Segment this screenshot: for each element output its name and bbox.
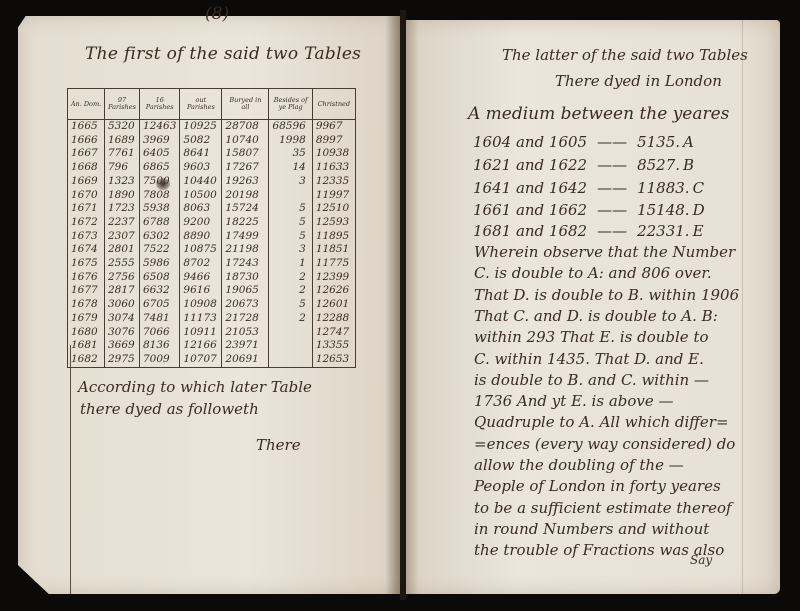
- cell-christened: 12626: [312, 284, 355, 298]
- left-margin-rule: [70, 345, 71, 594]
- body-line: the trouble of Fractions was also: [474, 541, 724, 559]
- table-row: 167222376788920018225512593: [68, 216, 356, 230]
- cell-buried: 17267: [222, 161, 269, 175]
- medium-years: 1661 and 1662: [473, 201, 587, 219]
- cell-16-parishes: 8136: [140, 339, 180, 353]
- header-year: An. Dom.: [68, 89, 105, 120]
- cell-buried: 18730: [222, 271, 269, 285]
- table-row: 167018907808105002019811997: [68, 189, 356, 203]
- table-row: 167728176632961619065212626: [68, 284, 356, 298]
- cell-out-parishes: 10440: [180, 175, 222, 189]
- medium-dash: ——: [597, 156, 627, 174]
- cell-buried: 15724: [222, 202, 269, 216]
- cell-christened: 11895: [312, 230, 355, 244]
- cell-97-parishes: 3076: [105, 326, 140, 340]
- medium-label: A: [683, 133, 694, 151]
- cell-97-parishes: 1890: [105, 189, 140, 203]
- medium-heading: A medium between the yeares: [468, 104, 729, 124]
- medium-dash: ——: [597, 133, 627, 151]
- table-header-row: An. Dom. 97 Parishes 16 Parishes out Par…: [68, 89, 356, 120]
- cell-plague: 14: [269, 161, 312, 175]
- right-page-title-line-1: The latter of the said two Tables: [502, 46, 748, 64]
- medium-row: 1604 and 1605——5135.A: [473, 133, 697, 151]
- cell-out-parishes: 9603: [180, 161, 222, 175]
- cell-christened: 12593: [312, 216, 355, 230]
- table-row: 1678306067051090820673512601: [68, 298, 356, 312]
- cell-year: 1679: [68, 312, 105, 326]
- cell-out-parishes: 9616: [180, 284, 222, 298]
- cell-buried: 20198: [222, 189, 269, 203]
- cell-year: 1674: [68, 243, 105, 257]
- header-16-parishes: 16 Parishes: [140, 89, 180, 120]
- table-row: 168136698136121662397113355: [68, 339, 356, 353]
- cell-christened: 11775: [312, 257, 355, 271]
- cell-year: 1665: [68, 120, 105, 134]
- cell-buried: 21198: [222, 243, 269, 257]
- header-buried-in-all: Buryed in all: [222, 89, 269, 120]
- body-line: C. is double to A: and 806 over.: [474, 264, 712, 282]
- table-top-rule: [272, 88, 337, 89]
- cell-christened: 12653: [312, 353, 355, 367]
- cell-16-parishes: 6405: [140, 147, 180, 161]
- cell-16-parishes: 6705: [140, 298, 180, 312]
- left-note-line-1: According to which later Table: [78, 378, 312, 396]
- cell-year: 1668: [68, 161, 105, 175]
- cell-97-parishes: 1723: [105, 202, 140, 216]
- medium-label: D: [693, 201, 705, 219]
- cell-christened: 12601: [312, 298, 355, 312]
- cell-buried: 15807: [222, 147, 269, 161]
- body-line: People of London in forty yeares: [474, 477, 721, 495]
- cell-97-parishes: 1323: [105, 175, 140, 189]
- cell-97-parishes: 2307: [105, 230, 140, 244]
- cell-year: 1681: [68, 339, 105, 353]
- cell-16-parishes: 6865: [140, 161, 180, 175]
- medium-value: 11883.: [637, 179, 690, 197]
- medium-dash: ——: [597, 222, 627, 240]
- medium-years: 1621 and 1622: [473, 156, 587, 174]
- cell-buried: 17499: [222, 230, 269, 244]
- table-row: 1674280175221087521198311851: [68, 243, 356, 257]
- medium-years: 1604 and 1605: [473, 133, 587, 151]
- cell-97-parishes: 3074: [105, 312, 140, 326]
- cell-plague: 2: [269, 284, 312, 298]
- table-row: 168229757009107072069112653: [68, 353, 356, 367]
- header-plague: Besides of ye Plag: [269, 89, 312, 120]
- body-line: Wherein observe that the Number: [474, 243, 735, 261]
- medium-row: 1661 and 1662——15148.D: [473, 201, 708, 219]
- table-row: 168030767066109112105312747: [68, 326, 356, 340]
- medium-value: 22331.: [637, 222, 690, 240]
- cell-16-parishes: 7522: [140, 243, 180, 257]
- cell-97-parishes: 7761: [105, 147, 140, 161]
- medium-row: 1641 and 1642——11883.C: [473, 179, 707, 197]
- left-catchword: There: [256, 436, 301, 454]
- cell-buried: 20673: [222, 298, 269, 312]
- cell-out-parishes: 8063: [180, 202, 222, 216]
- cell-plague: [269, 353, 312, 367]
- cell-buried: 21728: [222, 312, 269, 326]
- cell-year: 1667: [68, 147, 105, 161]
- bills-of-mortality-table: An. Dom. 97 Parishes 16 Parishes out Par…: [67, 88, 356, 368]
- cell-16-parishes: 12463: [140, 120, 180, 134]
- right-catchword: Say: [690, 553, 712, 567]
- cell-16-parishes: 3969: [140, 134, 180, 148]
- cell-plague: 1: [269, 257, 312, 271]
- left-page-title: The first of the said two Tables: [85, 44, 361, 64]
- cell-plague: 68596: [269, 120, 312, 134]
- cell-16-parishes: 6508: [140, 271, 180, 285]
- cell-christened: 11851: [312, 243, 355, 257]
- cell-plague: 5: [269, 216, 312, 230]
- medium-value: 15148.: [637, 201, 690, 219]
- cell-year: 1682: [68, 353, 105, 367]
- cell-97-parishes: 2817: [105, 284, 140, 298]
- right-page-title-line-2: There dyed in London: [555, 72, 722, 90]
- cell-out-parishes: 9200: [180, 216, 222, 230]
- cell-16-parishes: 7808: [140, 189, 180, 203]
- cell-out-parishes: 10875: [180, 243, 222, 257]
- table-row: 1669132375001044019263312335: [68, 175, 356, 189]
- cell-plague: 5: [269, 202, 312, 216]
- cell-97-parishes: 1689: [105, 134, 140, 148]
- cell-plague: 2: [269, 312, 312, 326]
- medium-dash: ——: [597, 201, 627, 219]
- right-margin-rule: [742, 20, 743, 594]
- table-row: 16655320124631092528708685969967: [68, 120, 356, 134]
- cell-year: 1673: [68, 230, 105, 244]
- cell-plague: 35: [269, 147, 312, 161]
- cell-plague: 3: [269, 243, 312, 257]
- body-line: to be a sufficient estimate thereof: [474, 499, 732, 517]
- cell-christened: 12399: [312, 271, 355, 285]
- cell-97-parishes: 2801: [105, 243, 140, 257]
- cell-out-parishes: 8641: [180, 147, 222, 161]
- cell-plague: 3: [269, 175, 312, 189]
- medium-value: 8527.: [637, 156, 680, 174]
- cell-16-parishes: 5938: [140, 202, 180, 216]
- medium-years: 1641 and 1642: [473, 179, 587, 197]
- cell-year: 1677: [68, 284, 105, 298]
- body-line: That D. is double to B. within 1906: [474, 286, 739, 304]
- book-gutter: [400, 10, 406, 600]
- header-christened: Christned: [312, 89, 355, 120]
- cell-christened: 12335: [312, 175, 355, 189]
- cell-16-parishes: 7481: [140, 312, 180, 326]
- table-row: 1679307474811117321728212288: [68, 312, 356, 326]
- cell-buried: 20691: [222, 353, 269, 367]
- cell-buried: 21053: [222, 326, 269, 340]
- cell-year: 1670: [68, 189, 105, 203]
- table-row: 1667776164058641158073510938: [68, 147, 356, 161]
- cell-christened: 11633: [312, 161, 355, 175]
- table-row: 166879668659603172671411633: [68, 161, 356, 175]
- cell-buried: 17243: [222, 257, 269, 271]
- cell-buried: 19065: [222, 284, 269, 298]
- cell-year: 1680: [68, 326, 105, 340]
- cell-out-parishes: 10908: [180, 298, 222, 312]
- table-row: 167117235938806315724512510: [68, 202, 356, 216]
- cell-97-parishes: 2756: [105, 271, 140, 285]
- cell-16-parishes: 6302: [140, 230, 180, 244]
- cell-buried: 19263: [222, 175, 269, 189]
- cell-plague: 1998: [269, 134, 312, 148]
- cell-16-parishes: 7066: [140, 326, 180, 340]
- body-line: allow the doubling of the —: [474, 456, 684, 474]
- cell-out-parishes: 5082: [180, 134, 222, 148]
- header-97-parishes: 97 Parishes: [105, 89, 140, 120]
- cell-plague: 5: [269, 230, 312, 244]
- ink-blot: [156, 178, 170, 190]
- cell-buried: 10740: [222, 134, 269, 148]
- cell-97-parishes: 2555: [105, 257, 140, 271]
- cell-buried: 18225: [222, 216, 269, 230]
- cell-buried: 28708: [222, 120, 269, 134]
- table-header-rule: [272, 119, 337, 120]
- table-row: 167323076302889017499511895: [68, 230, 356, 244]
- table-row: 167525555986870217243111775: [68, 257, 356, 271]
- cell-out-parishes: 9466: [180, 271, 222, 285]
- cell-christened: 12747: [312, 326, 355, 340]
- body-line: That C. and D. is double to A. B:: [474, 307, 718, 325]
- cell-year: 1672: [68, 216, 105, 230]
- cell-christened: 8997: [312, 134, 355, 148]
- cell-year: 1675: [68, 257, 105, 271]
- body-line: is double to B. and C. within —: [474, 371, 709, 389]
- cell-plague: [269, 326, 312, 340]
- cell-out-parishes: 10707: [180, 353, 222, 367]
- cell-97-parishes: 5320: [105, 120, 140, 134]
- medium-years: 1681 and 1682: [473, 222, 587, 240]
- cell-97-parishes: 3060: [105, 298, 140, 312]
- body-line: within 293 That E. is double to: [474, 328, 709, 346]
- page-number: (8): [205, 4, 229, 24]
- cell-christened: 12510: [312, 202, 355, 216]
- cell-out-parishes: 12166: [180, 339, 222, 353]
- cell-97-parishes: 2975: [105, 353, 140, 367]
- medium-dash: ——: [597, 179, 627, 197]
- table-body: 1665532012463109252870868596996716661689…: [68, 120, 356, 368]
- cell-year: 1669: [68, 175, 105, 189]
- cell-buried: 23971: [222, 339, 269, 353]
- cell-out-parishes: 10925: [180, 120, 222, 134]
- cell-16-parishes: 6788: [140, 216, 180, 230]
- medium-value: 5135.: [637, 133, 680, 151]
- cell-year: 1666: [68, 134, 105, 148]
- cell-plague: [269, 189, 312, 203]
- cell-christened: 12288: [312, 312, 355, 326]
- cell-out-parishes: 8702: [180, 257, 222, 271]
- cell-year: 1676: [68, 271, 105, 285]
- medium-label: B: [683, 156, 694, 174]
- body-line: C. within 1435. That D. and E.: [474, 350, 704, 368]
- cell-out-parishes: 10500: [180, 189, 222, 203]
- cell-christened: 11997: [312, 189, 355, 203]
- cell-year: 1671: [68, 202, 105, 216]
- medium-label: E: [693, 222, 704, 240]
- medium-row: 1681 and 1682——22331.E: [473, 222, 707, 240]
- table-row: 16661689396950821074019988997: [68, 134, 356, 148]
- medium-row: 1621 and 1622——8527.B: [473, 156, 697, 174]
- cell-plague: [269, 339, 312, 353]
- cell-97-parishes: 3669: [105, 339, 140, 353]
- cell-plague: 5: [269, 298, 312, 312]
- cell-christened: 13355: [312, 339, 355, 353]
- cell-christened: 10938: [312, 147, 355, 161]
- medium-label: C: [693, 179, 704, 197]
- body-line: Quadruple to A. All which differ=: [474, 413, 729, 431]
- cell-16-parishes: 5986: [140, 257, 180, 271]
- left-note-line-2: there dyed as followeth: [80, 400, 259, 418]
- cell-christened: 9967: [312, 120, 355, 134]
- body-line: in round Numbers and without: [474, 520, 709, 538]
- cell-16-parishes: 6632: [140, 284, 180, 298]
- body-line: 1736 And yt E. is above —: [474, 392, 674, 410]
- table-row: 167627566508946618730212399: [68, 271, 356, 285]
- cell-plague: 2: [269, 271, 312, 285]
- cell-16-parishes: 7009: [140, 353, 180, 367]
- cell-out-parishes: 10911: [180, 326, 222, 340]
- cell-97-parishes: 796: [105, 161, 140, 175]
- cell-year: 1678: [68, 298, 105, 312]
- body-line: =ences (every way considered) do: [474, 435, 735, 453]
- header-out-parishes: out Parishes: [180, 89, 222, 120]
- cell-97-parishes: 2237: [105, 216, 140, 230]
- cell-out-parishes: 8890: [180, 230, 222, 244]
- cell-out-parishes: 11173: [180, 312, 222, 326]
